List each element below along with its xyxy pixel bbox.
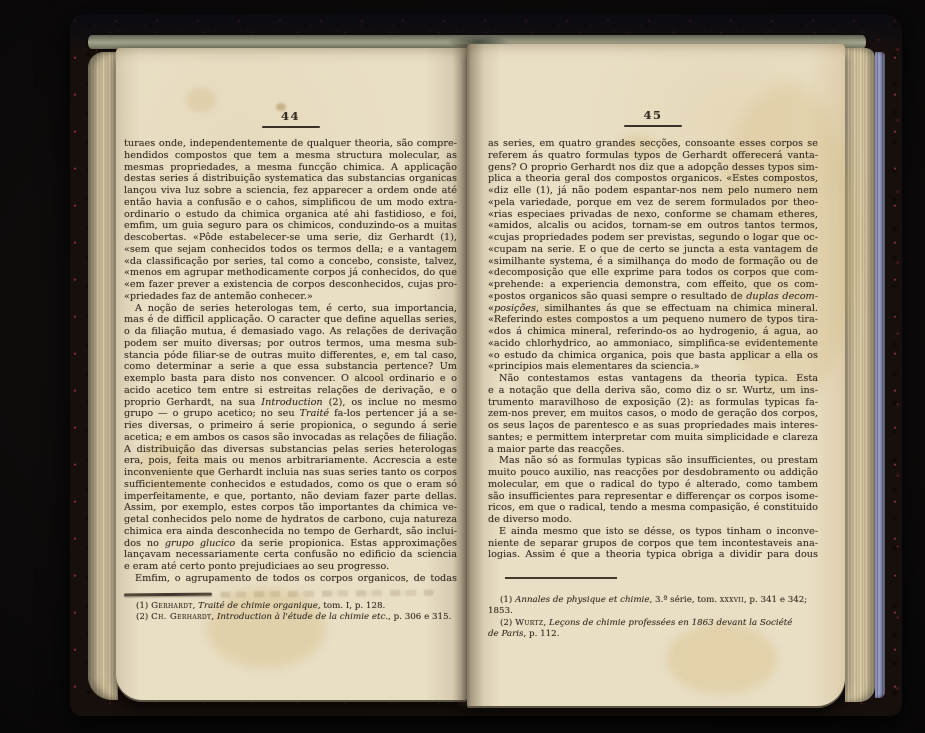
text-line: E ainda mesmo que isto se désse, os typo… (488, 526, 818, 538)
page-body: turaes onde, independentemente de qualqu… (124, 138, 457, 585)
text-line: Não contestamos estas vantagens da theor… (488, 373, 818, 385)
text-line: «posições, similhantes ás que se effectu… (488, 303, 818, 315)
text-line: «rias especiaes privadas de nexo, confor… (488, 209, 818, 221)
text-line: emfim, um guia seguro para os chimicos, … (124, 220, 457, 232)
text-line: logias. Assim é que a theoria typica obr… (488, 549, 818, 561)
text-line: ricos, em que o radical, tendo a mesma c… (488, 502, 818, 514)
text-line: «pela variedade, porque em vez de serem … (488, 197, 818, 209)
text-line: «priedades faz de antemão conhecer.» (124, 291, 457, 303)
text-line: «cupam na serie. E o que de certo se jun… (488, 244, 818, 256)
footnote-line: (1) Gerhardt, Traité de chimie organique… (124, 601, 457, 612)
footnote-line: (2) Wurtz, Leçons de chimie professées e… (488, 618, 818, 629)
text-line: «decomposição que elle exprime para todo… (488, 267, 818, 279)
text-line: «dos á chimica mineral, referindo-os ao … (488, 326, 818, 338)
page-number-rule (624, 125, 682, 127)
text-line: «menos em agrupar methodicamente corpos … (124, 267, 457, 279)
page-number: 45 (643, 108, 662, 122)
stain (206, 588, 326, 668)
text-line: como determinar a serie a que essa subst… (124, 361, 457, 373)
text-line: podem ser muito diversas; por outros ter… (124, 338, 457, 350)
text-line: inconveniente que Gerhardt incluia nas s… (124, 467, 457, 479)
text-line: proprio Gerhardt, na sua Introduction (2… (124, 397, 457, 409)
footnote-rule (505, 577, 617, 579)
page-body: as series, em quatro grandes secções, co… (488, 138, 818, 561)
text-line: acido acetico tem entre si estreitas rel… (124, 385, 457, 397)
text-line: exemplo basta para disto nos convencer. … (124, 373, 457, 385)
footnote-line: de Paris, p. 112. (488, 629, 818, 640)
text-line: gens? O proprio Gerhardt nos diz que a a… (488, 162, 818, 174)
text-line: hendidos compostos que tem a mesma struc… (124, 150, 457, 162)
text-line: descobertas. «Pôde estabelecer-se uma se… (124, 232, 457, 244)
book-page-left: 44 turaes onde, independentemente de qua… (116, 48, 467, 700)
footnote-line: (2) Ch. Gerhardt, Introduction à l'étude… (124, 612, 457, 623)
text-line: ordinario o estudo da chimica organica a… (124, 209, 457, 221)
text-line: «sem que sejam conhecidos todos os termo… (124, 244, 457, 256)
text-line: Assim, por exemplo, estes corpos tão imp… (124, 502, 457, 514)
text-line: destas series á distribuição systematica… (124, 173, 457, 185)
text-line: trumento maravilhoso de exposição (2): a… (488, 397, 818, 409)
text-line: chimica era ainda desconhecida no tempo … (124, 526, 457, 538)
text-line: acetica; e em ambos os casos são invocad… (124, 432, 457, 444)
text-line: «cujas propriedades podem ser previstas,… (488, 232, 818, 244)
text-line: zem-nos prever, em muitos casos, o modo … (488, 408, 818, 420)
page-stack-edge-left (88, 52, 118, 700)
text-line: niente de separar grupos de corpos que t… (488, 538, 818, 550)
footnote-line: 1853. (488, 606, 818, 617)
text-line: grupo — o grupo acetico; no seu Traité f… (124, 408, 457, 420)
smudged-rule (124, 593, 212, 597)
text-line: dos no grupo glucico da serie propionica… (124, 538, 457, 550)
text-line: e a notação que della deriva são, como d… (488, 385, 818, 397)
text-line: stancia póde filiar-se de outras muito d… (124, 350, 457, 362)
page-header: 44 (124, 105, 457, 128)
footnote-separator (124, 593, 212, 596)
text-line: Emfim, o agrupamento de todos os corpos … (124, 573, 457, 585)
text-line: era, pois, feita mais ou menos arbitrari… (124, 455, 457, 467)
text-line: «similhante systema, é a similhança do m… (488, 256, 818, 268)
footnote-separator (488, 577, 617, 579)
text-line: A distribuição das diversas substancias … (124, 444, 457, 456)
text-line: as series, em quatro grandes secções, co… (488, 138, 818, 150)
text-line: muito pouco auxilio, nas reacções por de… (488, 467, 818, 479)
text-line: «prehende: a experiencia demonstra, com … (488, 279, 818, 291)
text-line: «da classificação por series, tal como a… (124, 256, 457, 268)
text-line: então havia a confusão e o cahos, simpli… (124, 197, 457, 209)
text-line: imperfeitamente, e que, portanto, não de… (124, 491, 457, 503)
text-line: «amidos, alcalis ou acidos, tornam-se em… (488, 220, 818, 232)
text-line: lançou viva luz sobre a sciencia, fez ap… (124, 185, 457, 197)
footnotes: (1) Annales de physique et chimie, 3.ª s… (488, 595, 818, 641)
text-line: plica a theoria geral dos compostos orga… (488, 173, 818, 185)
page-number-rule (262, 126, 320, 128)
page-number: 44 (281, 109, 300, 123)
text-line: o da filiação mutua, é demasiado vago. A… (124, 326, 457, 338)
text-line: «postos organicos são quasi sempre o res… (488, 291, 818, 303)
text-line: lançavam necessariamente certa confusão … (124, 549, 457, 561)
text-line: «o estudo da chimica organica, pois que … (488, 350, 818, 362)
text-line: Mas não só as formulas typicas são insuf… (488, 455, 818, 467)
text-line: a maior parte das reacções. (488, 444, 818, 456)
text-line: os seus laços de parentesco e as suas pr… (488, 420, 818, 432)
text-line: ries diversas, o primeiro á serie propio… (124, 420, 457, 432)
text-line: getal conhecidos pelo nome de hydratos d… (124, 514, 457, 526)
text-line: sufficientemente conhecidos e estudados,… (124, 479, 457, 491)
text-line: santes; e permittem interpretar com muit… (488, 432, 818, 444)
footnote-line: (1) Annales de physique et chimie, 3.ª s… (488, 595, 818, 606)
footnotes: (1) Gerhardt, Traité de chimie organique… (124, 601, 457, 624)
text-line: mesmas propriedades, a mesma funcção chi… (124, 162, 457, 174)
text-line: referem ás quatro formulas typos de Gerh… (488, 150, 818, 162)
text-line: são insufficientes para representar e di… (488, 491, 818, 503)
scanned-book-photo: 44 turaes onde, independentemente de qua… (0, 0, 925, 733)
text-line: «em fazer prever a existencia de corpos … (124, 279, 457, 291)
book-page-right: 45 as series, em quatro grandes secções,… (467, 44, 845, 706)
text-line: mas é de difficil applicação. O caracter… (124, 314, 457, 326)
text-line: «acido chlorhydrico, ao ammoniaco, simpl… (488, 338, 818, 350)
endpaper-edge (875, 52, 885, 698)
text-line: «principios mais elementares da sciencia… (488, 361, 818, 373)
text-line: «Referindo estes compostos a um pequeno … (488, 314, 818, 326)
page-header: 45 (488, 104, 818, 127)
text-line: e eram até certo ponto prejudiciaes ao s… (124, 561, 457, 573)
text-line: A noção de series heterologas tem, é cer… (124, 303, 457, 315)
page-stack-edge-right (845, 48, 875, 702)
text-line: de diverso modo. (488, 514, 818, 526)
ink-offset-ghost (220, 590, 434, 598)
text-line: «diz elle (1), já não podem espantar-nos… (488, 185, 818, 197)
text-line: molecular, em que o radical do typo é al… (488, 479, 818, 491)
text-line: turaes onde, independentemente de qualqu… (124, 138, 457, 150)
